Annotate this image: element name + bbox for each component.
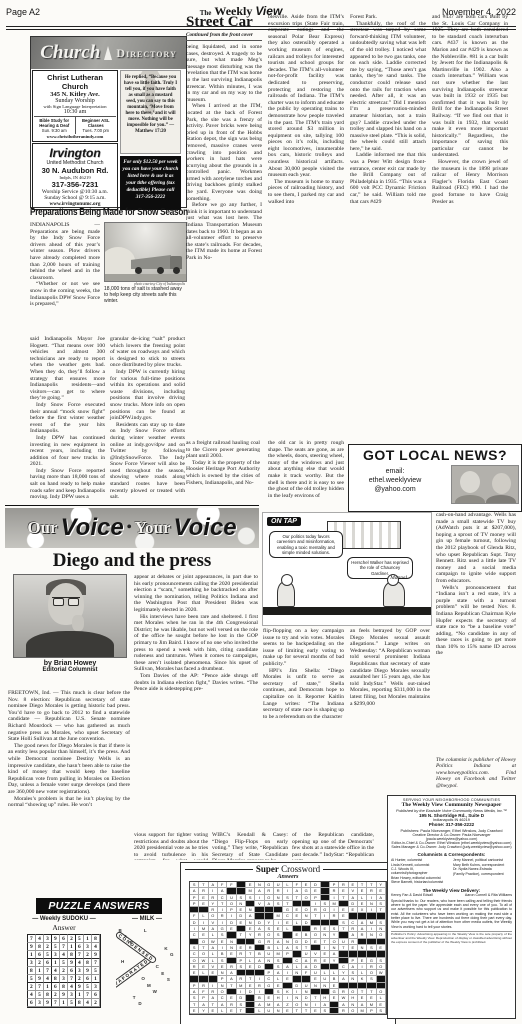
wordsearch-letter: H bbox=[121, 959, 124, 964]
snow-column-3: granular de-icing “salt” product which l… bbox=[110, 336, 185, 501]
church-directory-banner: Church Directory bbox=[31, 37, 186, 69]
columnists-left-list: Al Hunter, columnistLinda Kennett, colum… bbox=[391, 858, 450, 885]
church-banner-script: Church bbox=[40, 42, 100, 64]
cartoonist-signature: Mannel bbox=[390, 575, 407, 581]
scripture-quote: He replied, “Because you have so little … bbox=[121, 71, 180, 139]
church-listing-irvington-umc: Irvington United Methodist Church 30 N. … bbox=[32, 143, 118, 210]
wordsearch-letter: K bbox=[164, 946, 167, 951]
truck-wheel bbox=[173, 267, 180, 274]
crossword-title-crossword: Crossword bbox=[281, 864, 320, 874]
wordsearch-letter: P bbox=[130, 940, 133, 945]
glasses-lens bbox=[68, 598, 79, 606]
crossword-title: Super Crossword bbox=[256, 864, 320, 874]
banner-word-your: Your bbox=[135, 518, 171, 538]
masthead-policy: Publisher’s Policy: Advertising appearin… bbox=[391, 931, 512, 944]
masthead-creative-director: Creative Director & Co-Owner: Paula Nice… bbox=[391, 833, 512, 841]
patron-head bbox=[281, 574, 293, 586]
wordsearch-letter: M bbox=[147, 983, 151, 988]
columnist-title: Editorial Columnist bbox=[12, 667, 128, 673]
kid-head bbox=[460, 471, 480, 493]
brian-howey-portrait bbox=[13, 574, 127, 658]
on-tap-editorial-cartoon: ON TAP Our politics today favors careeri… bbox=[262, 512, 432, 626]
wordsearch-letter: G bbox=[170, 952, 174, 957]
columnists-right-list: Jerry Mannel, political cartoonistMary B… bbox=[453, 858, 512, 885]
dome-floor-shape bbox=[105, 274, 186, 281]
sudoku-grid: 7439625189825716341653487293261594878174… bbox=[27, 934, 101, 1008]
church-steeple-icon bbox=[104, 46, 112, 60]
church-address: 30 N. Audubon Rd. bbox=[34, 166, 116, 175]
masthead-phone: Phone: 317-356-2222 bbox=[391, 822, 512, 827]
diego-column-5: cash-on-hand advantage. Wells has made a… bbox=[436, 512, 516, 754]
diego-band-column-b: WIBC’s Kendall & Casey: “Diego Flip-Flop… bbox=[212, 832, 288, 860]
street-car-continuation-1: as a freight railroad hauling coal to th… bbox=[186, 440, 260, 506]
street-car-column-2: blesville. Aside from the ITM’s excursio… bbox=[268, 14, 344, 436]
truck-wheel bbox=[157, 267, 164, 274]
kid-body bbox=[486, 495, 516, 504]
super-crossword-block: Super Crossword Answers STAFFENGULFEDPRE… bbox=[180, 862, 396, 1024]
masthead-thanks: Special thanks to: Our readers, who have… bbox=[391, 899, 512, 930]
kid-head bbox=[492, 473, 511, 494]
kid-body bbox=[455, 495, 485, 504]
cartoon-patron bbox=[383, 581, 405, 607]
wordsearch-letter: A bbox=[124, 934, 127, 939]
street-car-title: Street Car bbox=[186, 14, 262, 31]
wordsearch-letter: T bbox=[133, 995, 136, 1000]
columnists-header: Columnists & Correspondents: bbox=[391, 852, 512, 857]
delivery-names: Kenny Fan & David Edsall Aaron Cornell &… bbox=[391, 893, 512, 897]
glasses-lens bbox=[53, 598, 64, 606]
columnist-photo-block: by Brian Howey Editorial Columnist bbox=[12, 574, 128, 673]
portrait-shoulders bbox=[26, 631, 114, 658]
word-search-answer-block: — MILK — EVAPORATEDCONDENSEDBOKTCAMGDEPW… bbox=[116, 916, 178, 1022]
schedule-col1-time: Sun. 9:30 am bbox=[35, 128, 74, 133]
columnists-columns: Al Hunter, columnistLinda Kennett, colum… bbox=[391, 858, 512, 885]
sudoku-answer-block: — Weekly SUDOKU — Answer 743962518982571… bbox=[14, 916, 114, 1008]
schedule-col2-title: Beginner ASL Classes bbox=[77, 118, 116, 128]
diego-headline: Diego and the press bbox=[5, 550, 259, 572]
salt-dome-photo bbox=[104, 222, 187, 282]
cartoon-speech-bubble-1: Our politics today favors careerism and … bbox=[269, 531, 343, 558]
columnist-bio-note: The columnist is publisher of Howey Poli… bbox=[436, 757, 516, 793]
columnist-byline: by Brian Howey bbox=[12, 660, 128, 667]
diego-column-3: flip-flopping on a key campaign issue to… bbox=[263, 628, 344, 828]
scripture-quote-box: He replied, “Because you have so little … bbox=[120, 70, 181, 154]
sudoku-title: — Weekly SUDOKU — bbox=[14, 916, 114, 922]
cartoon-patron bbox=[277, 581, 295, 607]
bar-counter-art bbox=[263, 607, 431, 615]
wordsearch-letter: B bbox=[118, 928, 121, 933]
puzzle-answers-banner: PUZZLE ANSWERS bbox=[36, 898, 162, 914]
wordsearch-letter: S bbox=[167, 977, 170, 982]
salt-pile-shape bbox=[104, 247, 135, 275]
diego-column-1: FREETOWN, Ind. — This much is clear befo… bbox=[8, 690, 130, 895]
snow-column-1: INDIANAPOLIS — Preparations are being ma… bbox=[30, 222, 100, 332]
street-car-column-3: Forest Park.Thankfully, the roof of the … bbox=[350, 14, 426, 436]
snow-columns-bottom: said Indianapolis Mayor Joe Hogsett. “Th… bbox=[30, 336, 185, 514]
email-address-part2: @yahoo.com bbox=[374, 486, 415, 493]
portrait-hand bbox=[72, 615, 84, 631]
church-listing-promo: For only $12.50 per week you can have yo… bbox=[120, 156, 181, 210]
got-news-email: email: ethel.weeklyview @yahoo.com bbox=[351, 465, 439, 504]
snow-column-2: said Indianapolis Mayor Joe Hogsett. “Th… bbox=[30, 336, 105, 501]
newspaper-page: Page A2 The Weekly View November 4, 2022… bbox=[0, 0, 522, 1024]
diego-column-2: appear at debates or joint appearances, … bbox=[134, 574, 258, 830]
crossword-subtitle: Answers bbox=[185, 874, 391, 880]
diego-band-column-a: vious support for tighter voting restric… bbox=[134, 832, 208, 860]
delivery-right: Aaron Cornell & Rita Williams bbox=[465, 893, 512, 897]
diego-column-4: an feels betrayed by GOP over Diego Mora… bbox=[350, 628, 430, 788]
crossword-grid: STAFFENGULFEDPRETTYARIAMARRIAGEREVEREPER… bbox=[189, 881, 387, 1015]
crossword-titlebar: Super Crossword bbox=[185, 864, 391, 874]
wordsearch-area: EVAPORATEDCONDENSEDBOKTCAMGDEPWHLS bbox=[116, 922, 178, 1014]
wordsearch-letter: E bbox=[161, 971, 164, 976]
crossword-title-super: Super bbox=[256, 864, 279, 874]
snow-season-article: Preparations Being Made for Snow Season … bbox=[30, 206, 185, 506]
masthead-box: SERVING YOUR NEIGHBORHOOD COMMUNITIES Th… bbox=[387, 795, 516, 1019]
church-address: 345 N. Kitley Ave. bbox=[34, 91, 116, 98]
whispering-kids-photo bbox=[451, 465, 519, 504]
masthead-sales-manager: Sales Manager & Co-Owner: Judy Crawford … bbox=[391, 845, 512, 849]
wordsearch-letter: D bbox=[138, 1001, 141, 1006]
schedule-col1-title: Bible Study for Hearing & Deaf bbox=[35, 118, 74, 128]
email-label: email: bbox=[386, 468, 405, 475]
banner-word-our: Our bbox=[27, 518, 57, 538]
wordsearch-letter: W bbox=[153, 989, 157, 994]
rule-line bbox=[185, 869, 253, 870]
got-news-title: GOT LOCAL NEWS? bbox=[351, 447, 519, 463]
on-tap-label: ON TAP bbox=[267, 517, 301, 526]
church-name: Irvington bbox=[34, 146, 116, 160]
delivery-left: Kenny Fan & David Edsall bbox=[391, 893, 433, 897]
street-car-column-4: and #437 are both cars built by the St. … bbox=[432, 14, 508, 436]
banner-word-voice: Voice bbox=[61, 514, 124, 542]
truck-wheel bbox=[135, 267, 142, 274]
our-voice-banner: Our Voice • Your Voice bbox=[5, 508, 259, 548]
street-car-column-1: being liquidated, and in some cases, des… bbox=[186, 44, 262, 262]
banner-word-voice: Voice bbox=[174, 514, 237, 542]
section-rule bbox=[5, 505, 259, 506]
banner-bullet: • bbox=[127, 520, 132, 536]
church-banner-caps: Directory bbox=[116, 46, 176, 61]
snow-headline: Preparations Being Made for Snow Season bbox=[30, 206, 151, 218]
sudoku-subtitle: Answer bbox=[14, 923, 114, 932]
rule-line bbox=[323, 869, 391, 870]
wordsearch-letter: C bbox=[156, 964, 159, 969]
church-name: Christ Lutheran Church bbox=[34, 73, 116, 91]
schedule-col2-time: Tues. 7:00 pm bbox=[77, 128, 116, 133]
wordsearch-letter: O bbox=[141, 976, 145, 981]
page-label: Page A2 bbox=[6, 7, 40, 17]
street-car-continuation-2: the old car is in pretty rough shape. Th… bbox=[268, 440, 344, 506]
diego-band-column-c: of the Republican candidate, opening up … bbox=[292, 832, 374, 860]
church-schedule-table: Bible Study for Hearing & Deaf Sun. 9:30… bbox=[34, 116, 116, 134]
church-website: www.christlutheranindy.com bbox=[34, 134, 116, 139]
email-address-part1: ethel.weeklyview bbox=[369, 477, 422, 484]
photo-caption: 18,000 tons of salt is stashed away to h… bbox=[104, 286, 185, 304]
got-local-news-box: GOT LOCAL NEWS? email: ethel.weeklyview … bbox=[348, 444, 522, 512]
street-car-kicker: Continued from the front cover bbox=[186, 32, 262, 41]
church-directory-ad: Church Directory Christ Lutheran Church … bbox=[30, 36, 187, 208]
church-listing-christ-lutheran: Christ Lutheran Church 345 N. Kitley Ave… bbox=[32, 70, 118, 142]
street-car-article: Street Car Continued from the front cove… bbox=[186, 14, 516, 436]
church-phone: 317-356-7231 bbox=[34, 180, 116, 189]
wordsearch-letter: L bbox=[144, 928, 147, 933]
portrait-glasses bbox=[52, 597, 80, 605]
worship-time: 10:30 am bbox=[34, 109, 116, 115]
